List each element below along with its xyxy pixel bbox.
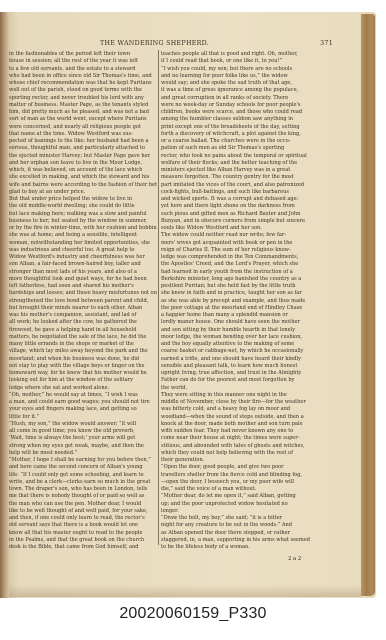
text-line: “Oh, mother,” he would say at times, “I … (9, 392, 157, 399)
text-line: They were sitting in this manner one nig… (161, 392, 337, 399)
text-line: glad to buy at an under price. (9, 189, 157, 196)
text-line: —open the door, I beseech you, or my poo… (161, 479, 337, 486)
text-line: was bitterly cold, and a heavy fog lay o… (161, 406, 337, 413)
text-line: was his mother's companion, assistant, a… (9, 312, 157, 319)
text-line: more thoughtful look and quiet ways, for… (9, 276, 157, 283)
text-line: but brought their minds nearer to each o… (9, 305, 157, 312)
text-line: “Mother dear, do let me open it,” said A… (161, 493, 337, 500)
text-line: such pious and gifted men as Richard Bax… (161, 211, 337, 218)
text-line: and the boy equally attentive to the mak… (161, 341, 337, 348)
text-line: if I could read that book, or one like i… (161, 58, 337, 65)
image-caption: 20020060159_P330 (0, 605, 386, 623)
column-divider (158, 50, 159, 545)
text-line: coarse basket or cabbage-net, by which h… (161, 348, 337, 355)
text-line: business to her; but seated by the windo… (9, 218, 157, 225)
text-line: desk is the Bible, that came from God hi… (9, 544, 157, 551)
text-line: souls like Widow Westford and her son. (161, 225, 337, 232)
text-line: all work; he looked after the cow, he ga… (9, 319, 157, 326)
text-line: all come in good time; you know the old … (9, 428, 157, 435)
text-line: upright living, true affection, and trus… (161, 370, 337, 377)
text-line: woodland—when the sound of steps outside… (161, 414, 337, 421)
text-line: ‘Wait, time is always the best;’ your ar… (9, 435, 157, 442)
text-line: or a coarse ballad. The churches were in… (161, 138, 337, 145)
running-head-title: THE WANDERING SHEPHERD. (100, 40, 209, 47)
text-line: she knew in faith and in practice, taugh… (161, 290, 337, 297)
text-line: firewood, he gave a helping hand in all … (9, 327, 157, 334)
text-line: mers' wives got acquainted with book or … (161, 240, 337, 247)
text-line: or by the fire in winter-time, with her … (9, 225, 157, 232)
text-line: knock at the door, made both mother and … (161, 421, 337, 428)
text-line: know all that his master ought to read t… (9, 530, 157, 537)
text-line: ledge was comprehended in the Ten Comman… (161, 254, 337, 261)
text-line: moor lodge, the woman bending over her l… (161, 334, 337, 341)
text-line: among the humbler classes seldom saw any… (161, 116, 337, 123)
text-line: were no week-day or Sunday schools for p… (161, 102, 337, 109)
text-line: staggered, in, a man, supporting in his … (161, 537, 337, 544)
text-line: which they could not help believing with… (161, 450, 337, 457)
text-line: the man who can use the pen. Mother dear… (9, 501, 157, 508)
text-line: rector, who took no pains about the temp… (161, 153, 337, 160)
text-line: a man, and could earn good wages; you sh… (9, 399, 157, 406)
text-line: your eyes and fingers making lace, and g… (9, 406, 157, 413)
text-line: middle of November, close by their fire—… (161, 399, 337, 406)
text-line: as she was able by precept and example, … (161, 298, 337, 305)
text-line: “I wish you could, my son; but there are… (161, 66, 337, 73)
text-line: village, which lay miles away beyond the… (9, 348, 157, 355)
text-line: had learned in early youth from the inst… (161, 269, 337, 276)
text-line: the old middle-world dwelling; she could… (9, 203, 157, 210)
text-line: “Open the door, good people, and give tw… (161, 464, 337, 471)
text-line: Berkshire minister, long ago banished th… (161, 276, 337, 283)
text-line: house in session; all the rest of the ye… (9, 58, 157, 65)
page-bottom-edge (9, 585, 361, 597)
text-line: moorland; and when his business was done… (9, 356, 157, 363)
text-line: lodge where she sat and worked alone. (9, 385, 157, 392)
text-line: yet here and there light shone on the da… (161, 203, 337, 210)
text-line: “Mother, I hope I shall be earning for y… (9, 457, 157, 464)
text-line: like to be well thought of and well paid… (9, 508, 157, 515)
text-line: old servant says that there is a book wo… (9, 522, 157, 529)
signature-mark: 2 a 2 (288, 556, 301, 562)
text-line: sensible and pleasant talk, to learn how… (161, 363, 337, 370)
text-line: me that there is nobody thought of or pa… (9, 493, 157, 500)
text-line: travellers shelter from the fierce cold … (161, 472, 337, 479)
text-line: left fatherless, had seen and shared his… (9, 283, 157, 290)
text-line: not stay to play with the village boys o… (9, 363, 157, 370)
text-line: longer. (161, 508, 337, 515)
text-line: ministers ejected like Alban Harvey was … (161, 167, 337, 174)
page-number: 371 (320, 40, 333, 47)
text-line: pected of leanings to the like; her husb… (9, 138, 157, 145)
text-line: help will be most needed.” (9, 450, 157, 457)
text-line: welfare of their flocks; and the better … (161, 160, 337, 167)
text-line: were concerned, and nearly all religious… (9, 124, 157, 131)
text-line: life: “If I could only get some schoolin… (9, 472, 157, 479)
text-line: in the Psalms, and that the great book o… (9, 537, 157, 544)
text-line: and then, if one could only learn to rea… (9, 515, 157, 522)
running-head: THE WANDERING SHEPHERD. 371 (100, 40, 360, 50)
text-line: Father can do for the poorest and most f… (161, 377, 337, 384)
text-line: in the fashionables of the period left t… (9, 51, 157, 58)
text-line: she excelled in making, and which the st… (9, 174, 157, 181)
text-line: sort of man as the world went, except wh… (9, 116, 157, 123)
right-column: teaches people all that is good and righ… (161, 51, 337, 551)
text-line: print except one of the broadsheets of t… (161, 124, 337, 131)
text-line: strong when my eyes get weak, maybe, and… (9, 443, 157, 450)
text-line: earned a trifle, and one should have hea… (161, 356, 337, 363)
text-line: and here came the second concern of Alba… (9, 464, 157, 471)
text-line: write, and be a clerk—clerks earn so muc… (9, 479, 157, 486)
text-line: come near their house at night; the time… (161, 435, 337, 442)
text-line: and son sitting by their humble hearth i… (161, 327, 337, 334)
text-line: “Draw the bolt, my boy,” she said; “it i… (161, 515, 337, 522)
text-line: to a few old servants, and the estate to… (9, 66, 157, 73)
text-line: Widow Westford's industry and cheerfulne… (9, 254, 157, 261)
text-line: serious, thoughtful man, and particularl… (9, 145, 157, 152)
text-line: stitious, and abounded with tales of gho… (161, 443, 337, 450)
text-line: that name at the time. Widow Westford wa… (9, 131, 157, 138)
text-line: children, books were scarce, and those w… (161, 109, 337, 116)
text-line: many little errands in the shops or mark… (9, 341, 157, 348)
text-line: teaches people all that is good and righ… (161, 51, 337, 58)
text-line: would say; and she spoke the sad truth o… (161, 80, 337, 87)
text-line: But that under price helped the widow to… (9, 196, 157, 203)
text-line: the poor cottage at the moorland end of … (161, 305, 337, 312)
text-line: the Apostles' Creed, and the Lord's Pray… (161, 261, 337, 268)
text-line: which, it was believed, on account of th… (9, 167, 157, 174)
text-line: who had been in office since old Sir Tho… (9, 73, 157, 80)
text-line: sporting rector, and never troubled his … (9, 95, 157, 102)
text-line: was industrious and cheerful too. A grea… (9, 247, 157, 254)
text-line: son Alban, a fair-faced brown-haired boy… (9, 261, 157, 268)
text-line: homeward way, for he knew that his mothe… (9, 370, 157, 377)
text-line: stronger than most lads of his years, an… (9, 269, 157, 276)
text-line: measure forgotten. The country gentry fo… (161, 174, 337, 181)
text-line: and great corruption in all ranks of soc… (161, 95, 337, 102)
text-line: die,” said the voice of a man without. (161, 486, 337, 493)
text-line: as Alban opened the door there stepped, … (161, 530, 337, 537)
text-line: pation of such men as old Sir Thomas's s… (161, 145, 337, 152)
text-line: cock-fights, bull-baitings, and such lik… (161, 189, 337, 196)
text-line: forth a discovery of witchcraft, a plot … (161, 131, 337, 138)
text-line: Bunyan, and in obscure corners from simp… (161, 218, 337, 225)
text-line: and wicked sports. It was a corrupt and … (161, 196, 337, 203)
text-line: woman, notwithstanding her limited oppor… (9, 240, 157, 247)
text-line: night for any creature to be out in the … (161, 522, 337, 529)
text-line: town. The draper's son, who has been in … (9, 486, 157, 493)
text-line: The widow could neither read nor write; … (161, 232, 337, 239)
text-line: wife and bairns were according to the fa… (9, 182, 157, 189)
text-line: lordly manor house. One should have seen… (161, 319, 337, 326)
text-line: the world. (161, 385, 337, 392)
text-line: pestilent Puritan; but she held fast by … (161, 283, 337, 290)
text-line: and her orphan son leave to live in the … (9, 160, 157, 167)
text-line: reign of Charles II. The sum of her reli… (161, 247, 337, 254)
text-line: whose chief recommendation was that he k… (9, 80, 157, 87)
text-line: but lace making here; walking was a slow… (9, 211, 157, 218)
text-line: their generation. (161, 457, 337, 464)
text-line: matter of business. Master Page, as the … (9, 102, 157, 109)
text-line: looking out for him at the window of the… (9, 377, 157, 384)
text-line: up; and the poor unprotected widow hesit… (161, 501, 337, 508)
text-line: part imitated the vices of the court, an… (161, 182, 337, 189)
text-line: hardships and losses; and those heavy mi… (9, 290, 157, 297)
text-line: a happier home than many a splendid mans… (161, 312, 337, 319)
page-fore-edge (361, 14, 375, 596)
text-line: matters, he negotiated the sale of the l… (9, 334, 157, 341)
text-line: with sudden fear. They had never known a… (161, 428, 337, 435)
text-line: strengthened the love bond between paren… (9, 298, 157, 305)
text-line: the ejected minister Harvey; but Master … (9, 153, 157, 160)
text-line: it was a time of gross ignorance among t… (161, 87, 337, 94)
text-line: “Hush, my son,” the widow would answer; … (9, 421, 157, 428)
text-line: she was at home; and being a sensible, i… (9, 232, 157, 239)
text-line: and no learning for poor folks like us,”… (161, 73, 337, 80)
text-line: little for it.” (9, 414, 157, 421)
text-line: well out of the parish, stood on good te… (9, 87, 157, 94)
text-line: to be the lifeless body of a woman. (161, 544, 337, 551)
left-column: in the fashionables of the period left t… (9, 51, 157, 551)
text-line: him, did pretty much as he pleased, and … (9, 109, 157, 116)
